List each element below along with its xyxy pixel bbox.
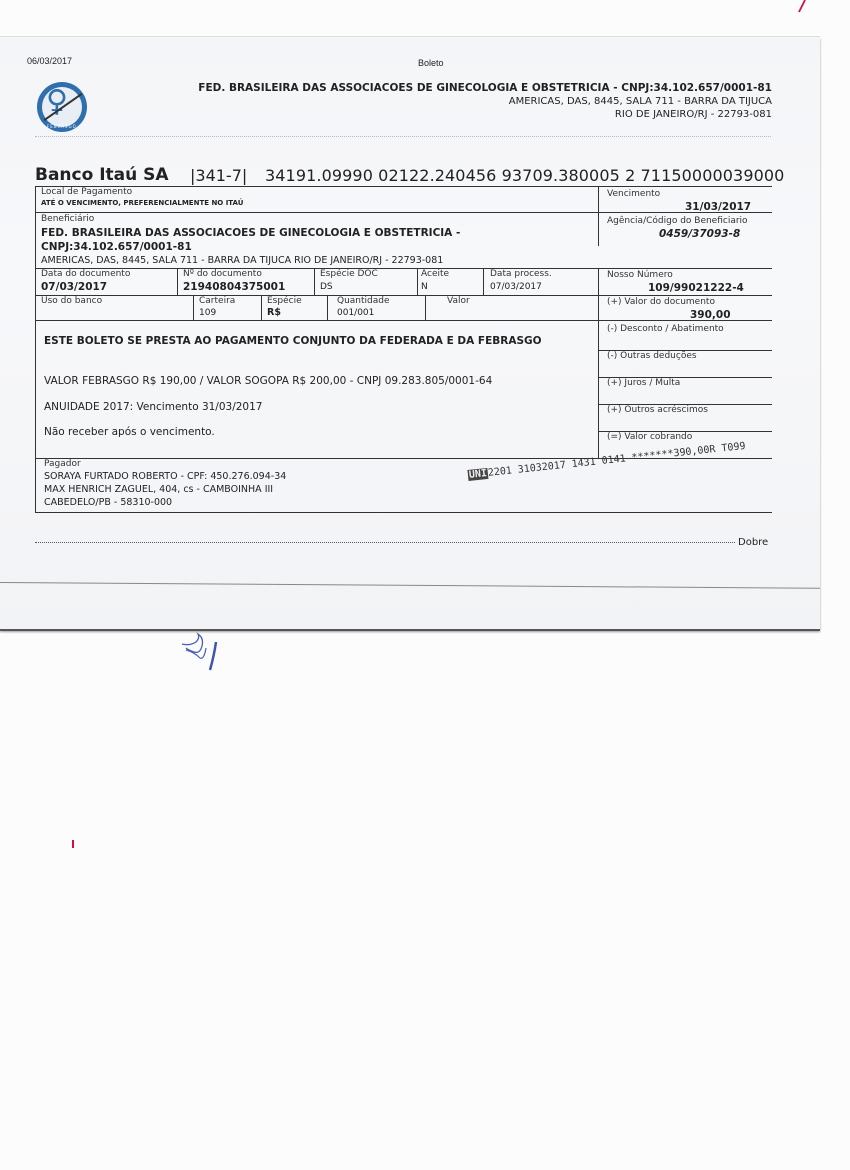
data-documento-value: 07/03/2017	[41, 281, 107, 293]
valor-label: Valor	[447, 296, 470, 306]
outros-acrescimos-label: (+) Outros acréscimos	[607, 405, 708, 415]
agencia-codigo-label: Agência/Código do Beneficiario	[607, 216, 748, 226]
especie-label: Espécie	[267, 296, 302, 306]
red-pen-mark-icon	[795, 0, 809, 20]
aceite-label: Aceite	[421, 269, 449, 279]
fold-line	[35, 542, 735, 543]
vencimento-label: Vencimento	[607, 189, 660, 199]
especie-doc-value: DS	[320, 282, 333, 292]
desconto-label: (-) Desconto / Abatimento	[607, 324, 724, 334]
beneficiario-address: AMERICAS, DAS, 8445, SALA 711 - BARRA DA…	[41, 255, 443, 266]
numero-documento-label: Nº do documento	[183, 269, 262, 279]
fold-label: Dobre	[738, 537, 768, 548]
pagador-address2: CABEDELO/PB - 58310-000	[44, 497, 172, 508]
outras-deducoes-label: (-) Outras deduções	[607, 351, 697, 361]
numero-documento-value: 21940804375001	[183, 281, 285, 293]
bank-code: |341-7|	[190, 166, 247, 185]
stamp-prefix: UNI	[467, 468, 488, 481]
quantidade-value: 001/001	[337, 308, 374, 318]
nosso-numero-value: 109/99021222-4	[648, 282, 744, 294]
header-address-line2: RIO DE JANEIRO/RJ - 22793-081	[615, 109, 772, 120]
uso-banco-label: Uso do banco	[41, 296, 102, 306]
instruction-line3: ANUIDADE 2017: Vencimento 31/03/2017	[44, 401, 262, 413]
logo-text: FEBRASGO	[47, 124, 77, 129]
valor-documento-value: 390,00	[690, 309, 731, 321]
agencia-codigo-value: 0459/37093-8	[659, 228, 740, 240]
pagador-label: Pagador	[44, 459, 81, 469]
especie-value: R$	[267, 307, 281, 318]
red-dot-mark	[72, 840, 74, 848]
header-organization: FED. BRASILEIRA DAS ASSOCIACOES DE GINEC…	[198, 82, 772, 94]
quantidade-label: Quantidade	[337, 296, 390, 306]
data-processamento-value: 07/03/2017	[490, 282, 542, 292]
pagador-address1: MAX HENRICH ZAGUEL, 404, cs - CAMBOINHA …	[44, 484, 273, 495]
valor-documento-label: (+) Valor do documento	[607, 297, 715, 307]
carteira-label: Carteira	[199, 296, 235, 306]
vencimento-value: 31/03/2017	[685, 201, 751, 213]
valor-cobrado-label: (=) Valor cobrando	[607, 432, 692, 442]
local-pagamento-label: Local de Pagamento	[41, 187, 132, 197]
instruction-line4: Não receber após o vencimento.	[44, 426, 215, 438]
juros-multa-label: (+) Juros / Multa	[607, 378, 680, 388]
instruction-line1: ESTE BOLETO SE PRESTA AO PAGAMENTO CONJU…	[44, 335, 542, 347]
bank-name: Banco Itaú SA	[35, 165, 169, 185]
document-type: Boleto	[418, 58, 444, 68]
beneficiario-name-line2: CNPJ:34.102.657/0001-81	[41, 241, 192, 253]
especie-doc-label: Espécie DOC	[320, 269, 378, 279]
header-address-line1: AMERICAS, DAS, 8445, SALA 711 - BARRA DA…	[509, 96, 772, 107]
local-pagamento-value: ATÉ O VENCIMENTO, PREFERENCIALMENTE NO I…	[41, 199, 243, 207]
header-divider	[35, 136, 771, 137]
nosso-numero-label: Nosso Número	[607, 270, 673, 280]
digitable-line: 34191.09990 02122.240456 93709.380005 2 …	[265, 166, 784, 185]
data-documento-label: Data do documento	[41, 269, 130, 279]
beneficiario-label: Beneficiário	[41, 214, 94, 224]
aceite-value: N	[421, 282, 428, 292]
data-processamento-label: Data process.	[490, 269, 552, 279]
handwritten-initials-icon	[180, 632, 230, 676]
instruction-line2: VALOR FEBRASGO R$ 190,00 / VALOR SOGOPA …	[44, 375, 492, 387]
pagador-name: SORAYA FURTADO ROBERTO - CPF: 450.276.09…	[44, 471, 286, 482]
beneficiario-name-line1: FED. BRASILEIRA DAS ASSOCIACOES DE GINEC…	[41, 227, 460, 239]
print-date: 06/03/2017	[27, 56, 72, 66]
carteira-value: 109	[199, 308, 216, 318]
febrasgo-logo-icon: ♀ FEBRASGO	[37, 82, 87, 132]
